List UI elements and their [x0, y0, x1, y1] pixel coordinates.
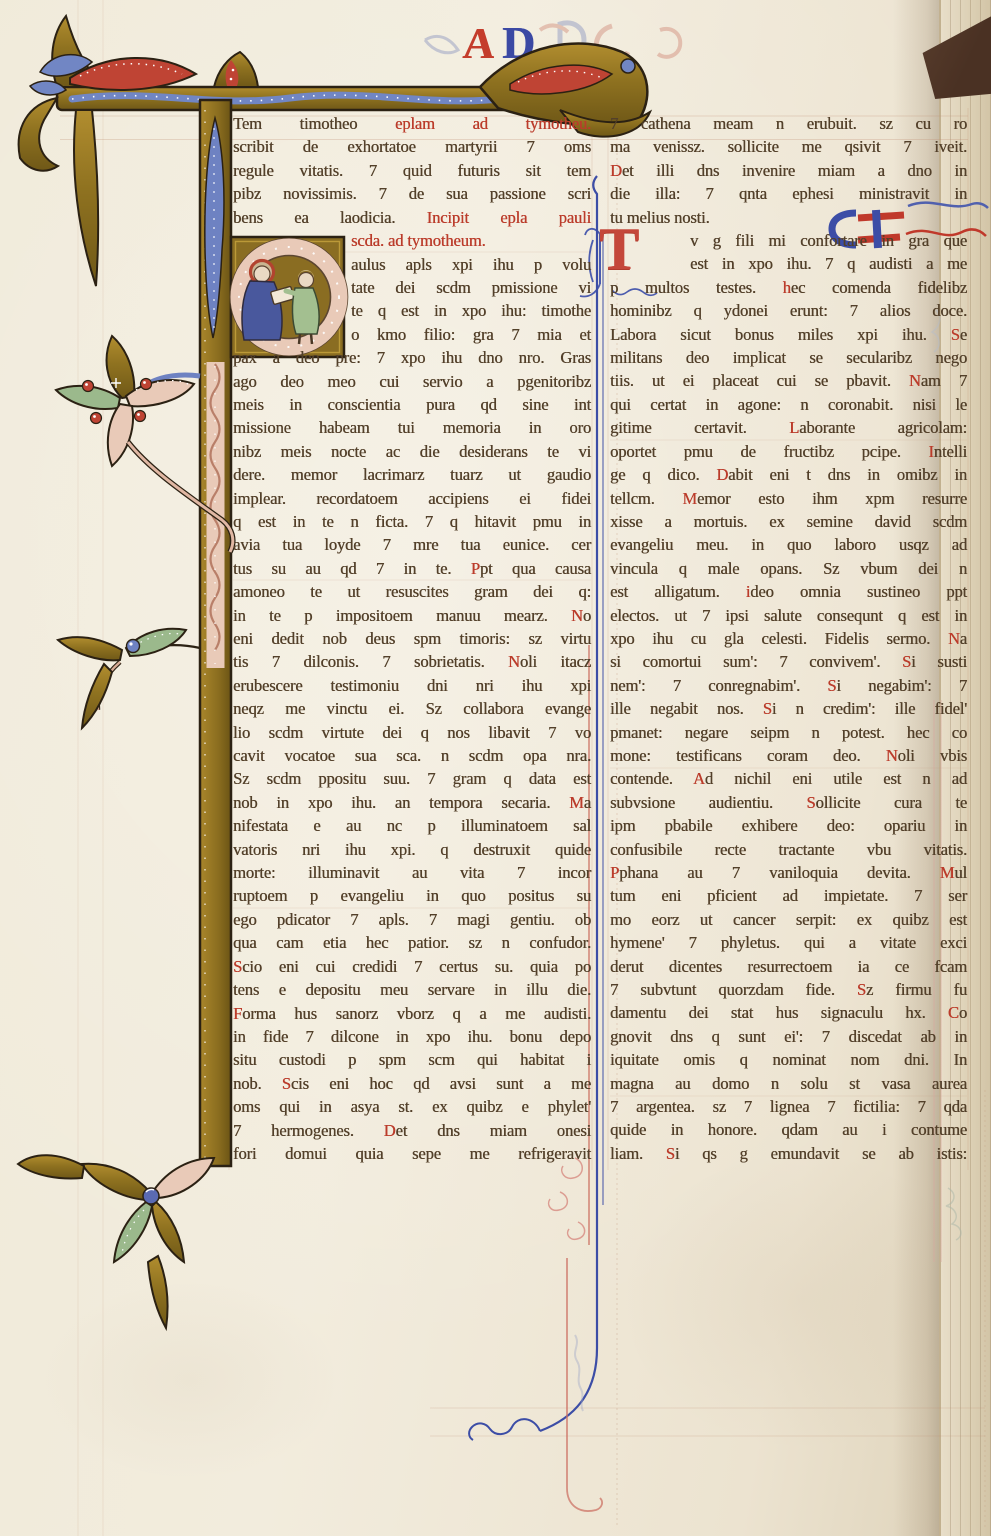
text-line: implear. recordatoem accipiens ei fidei	[233, 487, 591, 510]
text-line: nob. Scis eni hoc qd avsi sunt a me	[233, 1072, 591, 1095]
text-line: contende. Ad nichil eni utile est n ad	[610, 767, 967, 790]
text-line: missione habeam tui memoria in oro	[233, 416, 591, 439]
initial-t: T	[599, 219, 639, 279]
text-line: ruptoem p evangeliu in quo positus su	[233, 884, 591, 907]
text-line: neqz me vinctu ei. Sz collabora evange	[233, 697, 591, 720]
text-line: confusibile recte tractante vbu vitatis.	[610, 838, 967, 861]
text-line: ego pdicator 7 apls. 7 magi gentiu. ob	[233, 908, 591, 931]
text-line: pibz novissimis. 7 de sua passione scri	[233, 182, 591, 205]
column-1-text: aulus apls xpi ihu p volutate dei scdm p…	[233, 253, 591, 1166]
text-line: nem': 7 conregnabim'. Si negabim': 7	[610, 674, 967, 697]
text-line: aulus apls xpi ihu p volu	[233, 253, 591, 276]
text-line: situ custodi p spm scm qui habitat i	[233, 1048, 591, 1071]
text-line: derut dicentes resurrectoem ia ce fcam	[610, 955, 967, 978]
text-line: Labora sicut bonus miles xpi ihu. Se	[610, 323, 967, 346]
text-line: ille negabit nos. Si n credim': ille fid…	[610, 697, 967, 720]
text-line: Scio eni cui credidi 7 certus su. quia p…	[233, 955, 591, 978]
text-line: te q est in xpo ihu: timothe	[233, 299, 591, 322]
text-line: liam. Si qs g emundavit se ab istis:	[610, 1142, 967, 1165]
manuscript-page: A D	[0, 0, 991, 1536]
text-line: in te p impositoem manuu mearz. No	[233, 604, 591, 627]
text-line: meis in conscientia pura qd sine int	[233, 393, 591, 416]
text-line: tellcm. Memor esto ihm xpm resurre	[610, 487, 967, 510]
text-line: tus su au qd 7 in te. Ppt qua causa	[233, 557, 591, 580]
text-line: cavit vocatoe sua sca. n scdm opa nra.	[233, 744, 591, 767]
text-line: v g fili mi confortare in gra que	[610, 229, 967, 252]
text-line: fori domui quia sepe me refrigeravit	[233, 1142, 591, 1165]
text-line: quide in honore. qdam au i contume	[610, 1118, 967, 1141]
text-line: est alligatum. ideo omnia sustineo ppt	[610, 580, 967, 603]
text-line: vatoris nri ihu xpi. q destruxit quide	[233, 838, 591, 861]
text-line: tu melius nosti.	[610, 206, 967, 229]
text-line: ipm pbabile exhibere deo: opariu in	[610, 814, 967, 837]
text-line: est in xpo ihu. 7 q audisti a me	[610, 252, 967, 275]
text-line: 7 hermogenes. Det dns miam onesi	[233, 1119, 591, 1142]
text-line: eni dedit nob deus spm timoris: sz virtu	[233, 627, 591, 650]
text-line: damentu dei stat hus signaculu hx. Co	[610, 1001, 967, 1024]
text-line: o kmo filio: gra 7 mia et	[233, 323, 591, 346]
text-line: ago deo meo cui servio a pgenitoribz	[233, 370, 591, 393]
text-line: xisse a mortuis. ex semine david scdm	[610, 510, 967, 533]
text-line: Tem timotheo eplam ad tymotheu.	[233, 112, 591, 135]
text-line: nifestata e au nc p illuminatoem sal	[233, 814, 591, 837]
text-line: in fide 7 dilcone in xpo ihu. bonu depo	[233, 1025, 591, 1048]
text-line: vincula q male opans. Sz vbum dei n	[610, 557, 967, 580]
text-line: nibz meis nocte ac die desiderans te vi	[233, 440, 591, 463]
text-line: nob in xpo ihu. an tempora secaria. Ma	[233, 791, 591, 814]
text-line: mo eorz ut cancer serpit: ex quibz est	[610, 908, 967, 931]
text-line: magna au domo n solu st vasa aurea	[610, 1072, 967, 1095]
text-line: dere. memor lacrimarz tuarz ut gaudio	[233, 463, 591, 486]
running-header-letter: D	[502, 20, 535, 66]
text-line: die illa: 7 qnta ephesi ministravit in	[610, 182, 967, 205]
column-2-text: 7 cathena meam n erubuit. sz cu roma ven…	[610, 112, 967, 1165]
text-line: regule vitatis. 7 quid futuris sit tem	[233, 159, 591, 182]
text-line: 7 cathena meam n erubuit. sz cu ro	[610, 112, 967, 135]
text-line: tiis. ut ei placeat cui se pbavit. Nam 7	[610, 369, 967, 392]
text-line: tis 7 dilconis. 7 sobrietatis. Noli itac…	[233, 650, 591, 673]
text-line: si comortui sum': 7 convivem'. Si susti	[610, 650, 967, 673]
text-line: tens e depositu meu servare in illu die.	[233, 978, 591, 1001]
text-line: erubescere testimoniu dni nri ihu xpi	[233, 674, 591, 697]
text-line: 7 argentea. sz 7 lignea 7 fictilia: 7 qd…	[610, 1095, 967, 1118]
text-line: tate dei scdm pmissione vi	[233, 276, 591, 299]
text-line: tum eni pficient ad impietate. 7 ser	[610, 884, 967, 907]
text-line: militans deo implicat se secularibz nego	[610, 346, 967, 369]
text-line: scda. ad tymotheum.	[233, 229, 591, 252]
text-line: ma venissz. sollicite me qsivit 7 iveit.	[610, 135, 967, 158]
text-line: amoneo te ut resuscites gram dei q:	[233, 580, 591, 603]
text-line: qui certat in agone: n coronabit. nisi l…	[610, 393, 967, 416]
text-line: oportet pmu de fructibz pcipe. Intelli	[610, 440, 967, 463]
text-line: pmanet: negare seipm n potest. hec co	[610, 721, 967, 744]
text-line: xpo ihu cu gla celesti. Fidelis sermo. N…	[610, 627, 967, 650]
text-line: p multos testes. hec comenda fidelibz	[610, 276, 967, 299]
text-line: evangeliu meu. in quo laboro usqz ad	[610, 533, 967, 556]
text-line: hominibz q ydonei erunt: 7 alios doce.	[610, 299, 967, 322]
text-line: hymene' 7 phyletus. qui a vitate exci	[610, 931, 967, 954]
text-line: pax a deo pre: 7 xpo ihu dno nro. Gras	[233, 346, 591, 369]
text-line: Sz scdm ppositu suu. 7 gram q data est	[233, 767, 591, 790]
text-line: lio scdm virtute dei q nos libavit 7 vo	[233, 721, 591, 744]
text-line: mone: testificans coram deo. Noli vbis	[610, 744, 967, 767]
text-line: oms qui in asya st. ex quibz e phylet'	[233, 1095, 591, 1118]
text-line: q est in te n ficta. 7 q hitavit pmu in	[233, 510, 591, 533]
text-line: qua cam etia hec patior. sz n confudor.	[233, 931, 591, 954]
text-line: subvsione audientiu. Sollicite cura te	[610, 791, 967, 814]
text-line: bens ea laodicia. Incipit epla pauli	[233, 206, 591, 229]
text-line: iquitate omis q nominat nom dni. In	[610, 1048, 967, 1071]
text-line: Forma hus sanorz vborz q a me audisti.	[233, 1002, 591, 1025]
text-line: morte: illuminavit au vita 7 incor	[233, 861, 591, 884]
prologue: Tem timotheo eplam ad tymotheu.scribit d…	[233, 112, 591, 252]
text-line: avia tua loyde 7 mre tua eunice. cer	[233, 533, 591, 556]
text-line: gnovit dns q sunt ei': 7 discedat ab in	[610, 1025, 967, 1048]
text-line: Det illi dns invenire miam a dno in	[610, 159, 967, 182]
text-line: scribit de exhortatoe martyrii 7 oms	[233, 135, 591, 158]
text-line: electos. ut 7 ipsi salute consequnt q es…	[610, 604, 967, 627]
text-line: ge q dico. Dabit eni t dns in omibz in	[610, 463, 967, 486]
text-line: Pphana au 7 vaniloquia devita. Mul	[610, 861, 967, 884]
running-header-letter: A	[461, 22, 496, 66]
text-line: gitime certavit. Laborante agricolam:	[610, 416, 967, 439]
text-line: 7 subvtunt quorzdam fide. Sz firmu fu	[610, 978, 967, 1001]
